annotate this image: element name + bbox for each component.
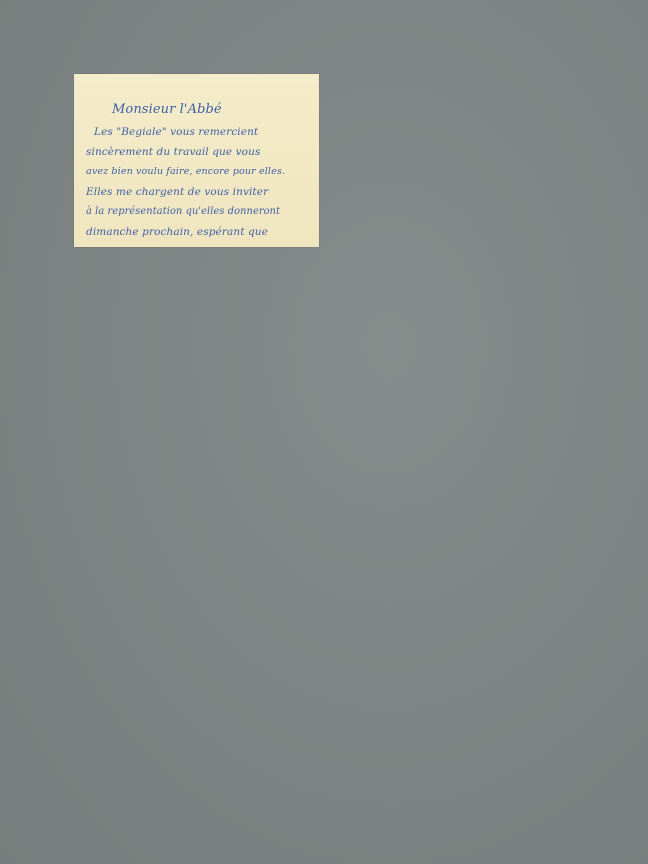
letter-line-4: Elles me chargent de vous inviter — [86, 186, 268, 198]
handwritten-card: Monsieur l'Abbé Les "Begiale" vous remer… — [74, 74, 319, 247]
letter-line-6: dimanche prochain, espérant que — [86, 226, 268, 238]
letter-line-1: Les "Begiale" vous remercient — [94, 126, 258, 138]
letter-line-2: sincèrement du travail que vous — [86, 146, 260, 158]
letter-line-3: avez bien voulu faire, encore pour elles… — [86, 166, 285, 177]
salutation: Monsieur l'Abbé — [112, 102, 222, 117]
letter-line-5: à la représentation qu'elles donneront — [86, 206, 280, 217]
